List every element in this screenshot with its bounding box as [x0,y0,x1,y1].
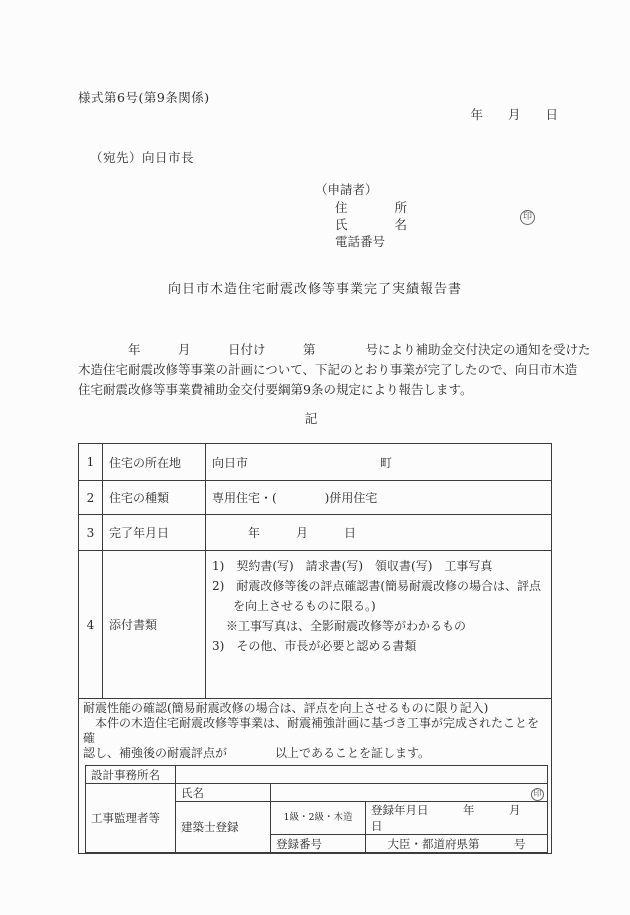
applicant-name-label: 氏 名 [335,215,407,233]
confirmation-body-line: 本件の木造住宅耐震改修等事業は、耐震補強計画に基づき工事が完成されたことを確 [83,716,549,746]
confirmation-body-line: 認し、補強後の耐震評点が 以上であることを証します。 [83,746,549,761]
attachments-list: 1) 契約書(写) 請求書(写) 領収書(写) 工事写真 2) 耐震改修等後の評… [206,551,552,699]
attachment-item: 2) 耐震改修等後の評点確認書(簡易耐震改修の場合は、評点を向上させるものに限る… [212,576,545,616]
attachment-note: ※工事写真は、全影耐震改修等がわかるもの [212,616,545,636]
supervisor-name-row: 工事監理者等 氏名 印 [86,784,548,802]
table-row-house-type: 2 住宅の種類 専用住宅・( )併用住宅 [79,481,552,515]
seal-icon: 印 [520,210,535,225]
addressee: （宛先）向日市長 [90,148,194,166]
table-row-location: 1 住宅の所在地 向日市 町 [79,444,552,481]
attachment-item: 3) その他、市長が必要と認める書類 [212,636,545,656]
applicant-phone-label: 電話番号 [335,232,385,250]
row-value: 年 月 日 [206,515,552,551]
row-label: 完了年月日 [103,515,206,551]
body-line: 住宅耐震改修等事業費補助金交付要綱第9条の規定により報告します。 [78,380,591,400]
design-office-value [176,766,548,784]
seal-icon: 印 [531,788,544,801]
applicant-address-label: 住 所 [335,198,407,216]
row-value: 向日市 町 [206,444,552,481]
row-label: 住宅の種類 [103,481,206,515]
confirmation-body: 本件の木造住宅耐震改修等事業は、耐震補強計画に基づき工事が完成されたことを確 認… [83,716,549,761]
table-row-attachments: 4 添付書類 1) 契約書(写) 請求書(写) 領収書(写) 工事写真 2) 耐… [79,551,552,699]
report-table: 1 住宅の所在地 向日市 町 2 住宅の種類 専用住宅・( )併用住宅 3 完了… [78,443,552,854]
body-line: 年 月 日付け 第 号により補助金交付決定の通知を受けた [78,340,591,360]
ki-marker: 記 [0,409,622,427]
row-number: 2 [79,481,103,515]
supervisor-name-label: 氏名 [176,784,271,802]
registration-number-value: 大臣・都道府県第 号 [366,835,548,853]
table-row-confirmation: 耐震性能の確認(簡易耐震改修の場合は、評点を向上させるものに限り記入) 本件の木… [79,699,552,854]
design-office-label: 設計事務所名 [86,766,176,784]
address-label-text: 住 所 [335,198,407,216]
body-paragraph: 年 月 日付け 第 号により補助金交付決定の通知を受けた 木造住宅耐震改修等事業… [78,340,591,400]
confirmation-heading: 耐震性能の確認(簡易耐震改修の場合は、評点を向上させるものに限り記入) [83,701,547,716]
supervisor-name-value: 印 [271,784,548,802]
confirmation-section: 耐震性能の確認(簡易耐震改修の場合は、評点を向上させるものに限り記入) 本件の木… [79,699,552,854]
attachment-item: 1) 契約書(写) 請求書(写) 領収書(写) 工事写真 [212,556,545,576]
architect-reg-label: 建築士登録 [176,802,271,853]
form-page: 様式第6号(第9条関係) 年 月 日 （宛先）向日市長 （申請者） 住 所 氏 … [0,0,630,915]
date-line: 年 月 日 [78,105,558,123]
row-label: 添付書類 [103,551,206,699]
row-label: 住宅の所在地 [103,444,206,481]
row-number: 1 [79,444,103,481]
row-number: 3 [79,515,103,551]
design-office-row: 設計事務所名 [86,766,548,784]
name-label-text: 氏 名 [335,215,407,233]
license-class: 1級・2級・木造 [271,802,366,835]
supervisor-table: 設計事務所名 工事監理者等 氏名 印 建築士登 [85,765,548,853]
table-row-completion-date: 3 完了年月日 年 月 日 [79,515,552,551]
document-title: 向日市木造住宅耐震改修等事業完了実績報告書 [0,278,630,297]
registration-number-label: 登録番号 [271,835,366,853]
applicant-label: （申請者） [315,180,378,198]
supervisor-label: 工事監理者等 [86,784,176,853]
form-number: 様式第6号(第9条関係) [78,88,210,106]
registration-date: 登録年月日 年 月 日 [366,802,548,835]
row-number: 4 [79,551,103,699]
row-value: 専用住宅・( )併用住宅 [206,481,552,515]
body-line: 木造住宅耐震改修等事業の計画について、下記のとおり事業が完了したので、向日市木造 [78,360,591,380]
